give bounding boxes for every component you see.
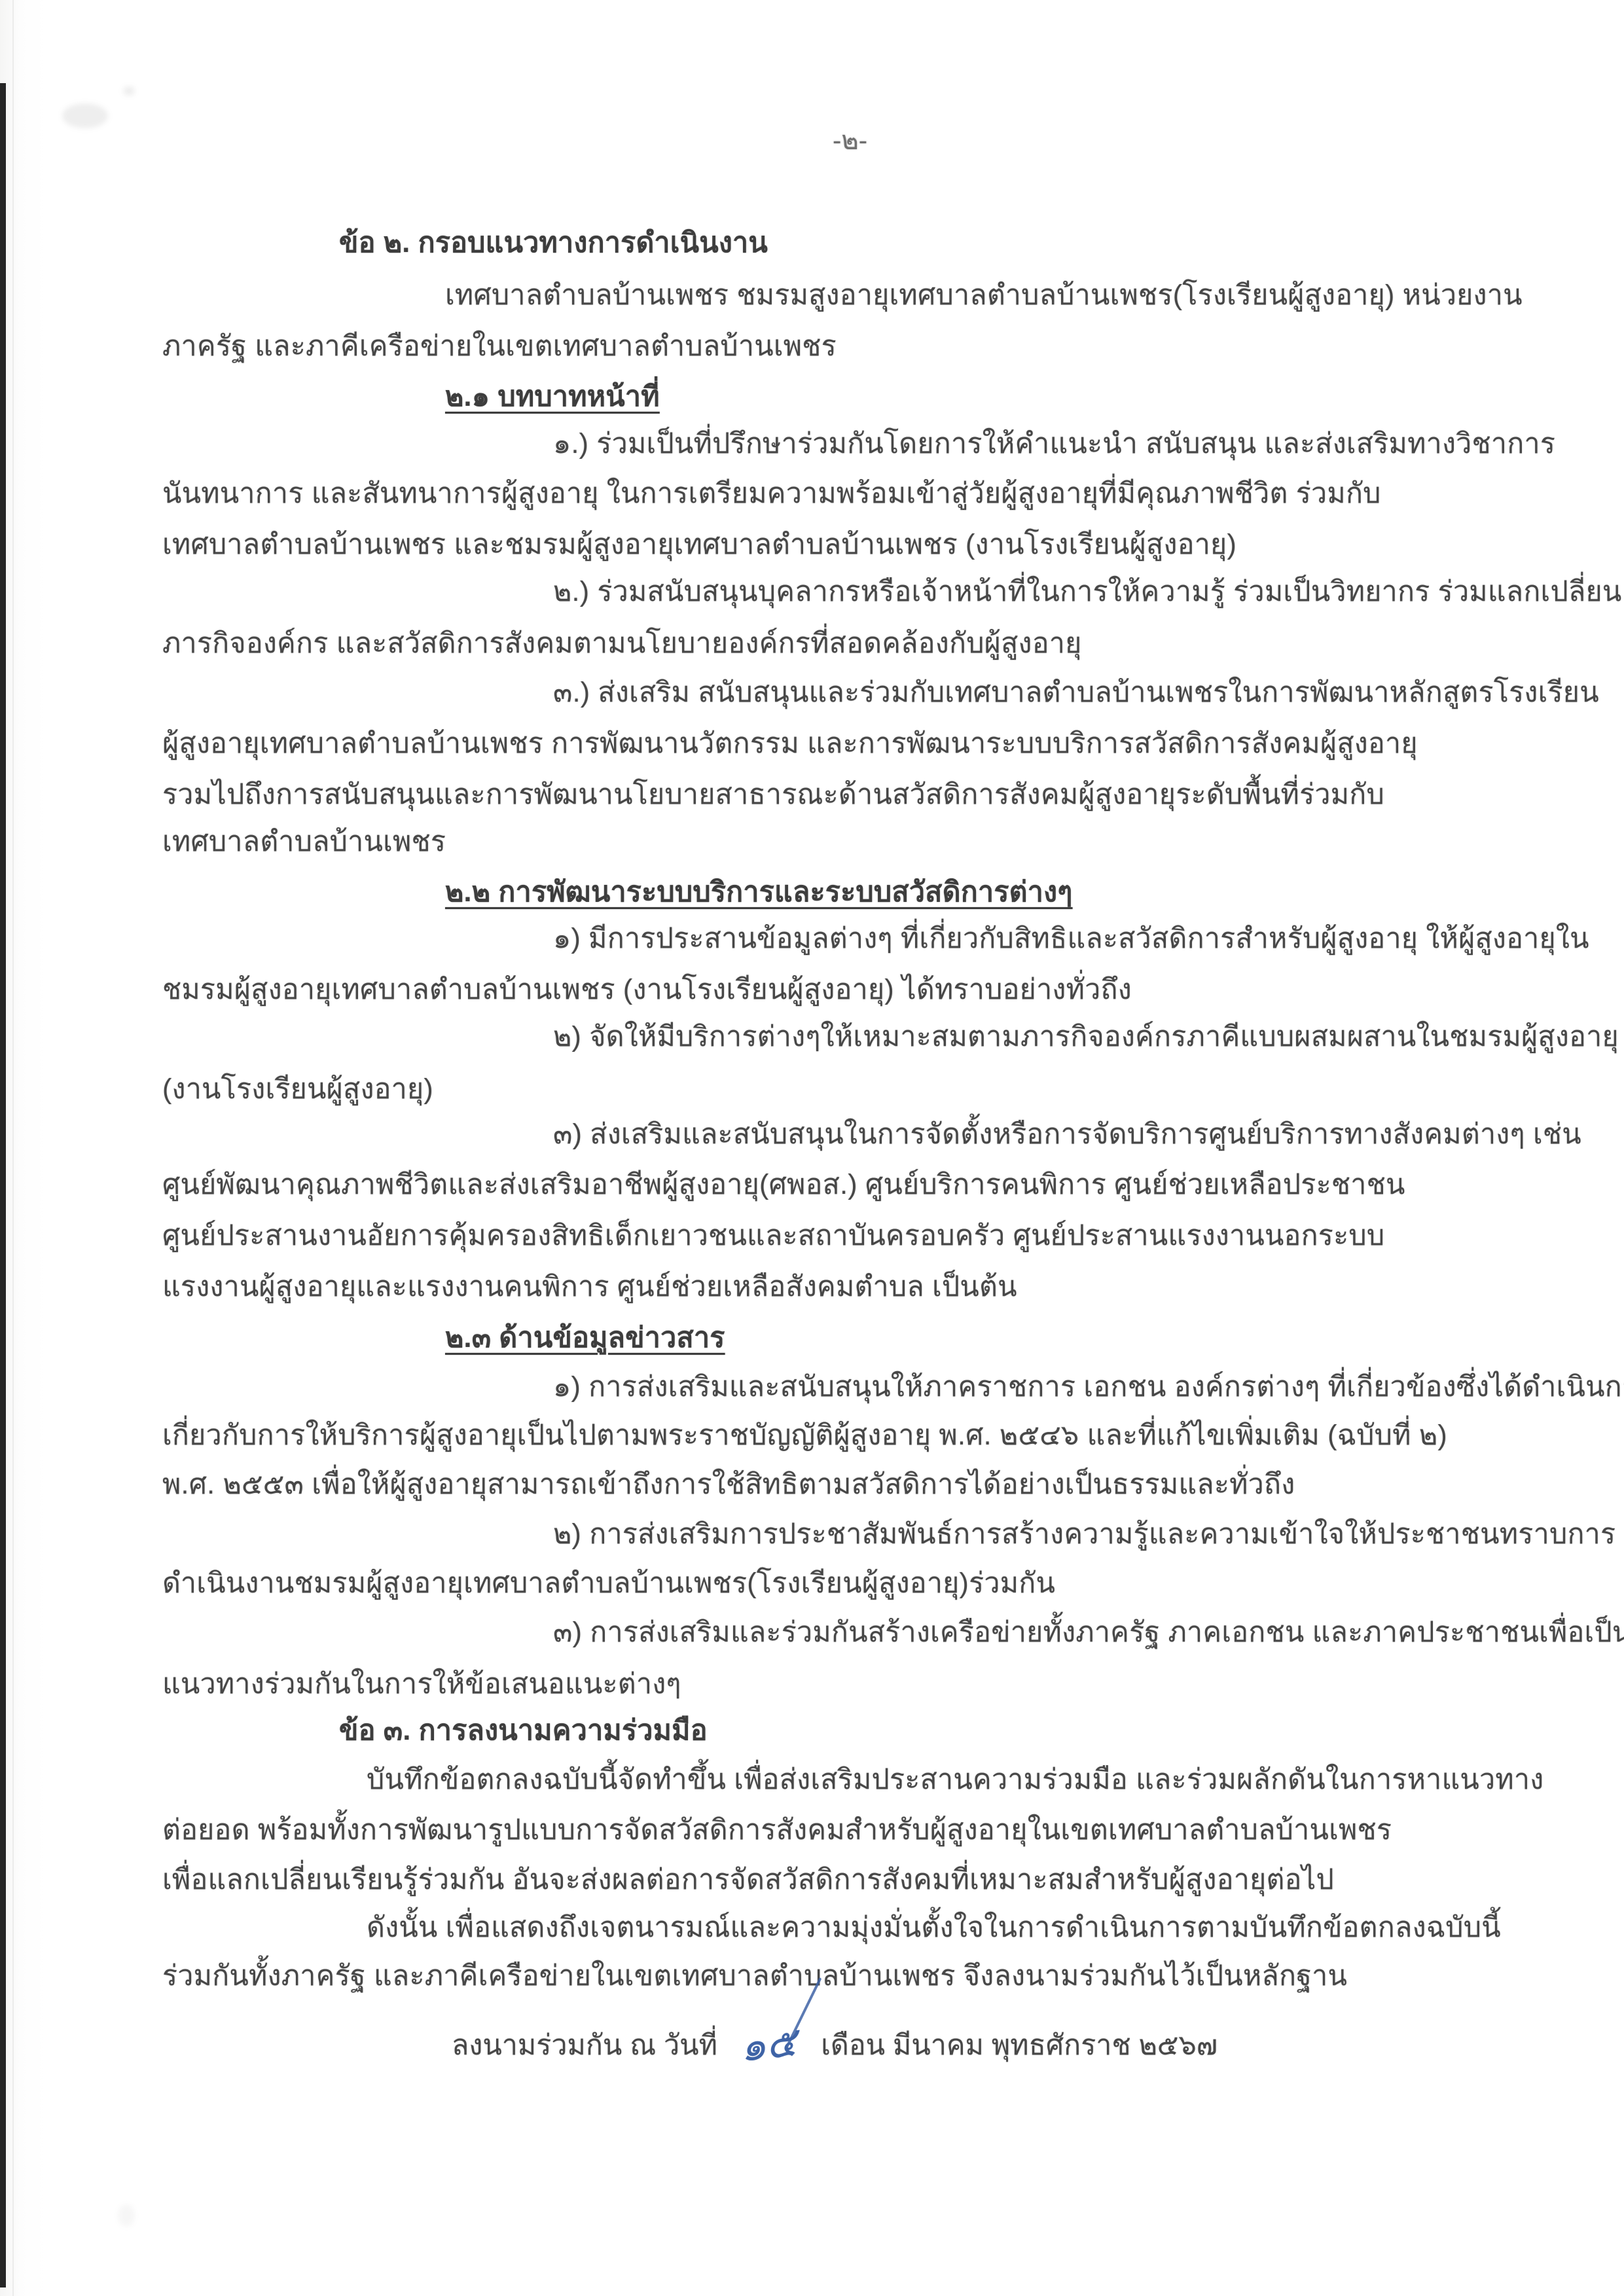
numbered-item: ๒) จัดให้มีบริการต่างๆให้เหมาะสมตามภารกิ… <box>553 1020 1619 1055</box>
scan-edge-bar <box>0 83 6 2287</box>
numbered-item: ๑) การส่งเสริมและสนับสนุนให้ภาคราชการ เอ… <box>553 1370 1624 1405</box>
subsection-2-3-heading: ๒.๓ ด้านข้อมูลข่าวสาร <box>445 1321 725 1356</box>
numbered-item: ๓.) ส่งเสริม สนับสนุนและร่วมกับเทศบาลตำบ… <box>553 675 1599 711</box>
body-line: รวมไปถึงการสนับสนุนและการพัฒนานโยบายสาธา… <box>162 778 1384 813</box>
numbered-item: ๑) มีการประสานข้อมูลต่างๆ ที่เกี่ยวกับสิ… <box>553 922 1589 957</box>
body-line: ดังนั้น เพื่อแสดงถึงเจตนารมณ์และความมุ่ง… <box>367 1910 1501 1946</box>
handwritten-day-value: ๑๕ <box>738 2020 799 2071</box>
subsection-2-2-heading: ๒.๒ การพัฒนาระบบบริการและระบบสวัสดิการต่… <box>445 875 1073 910</box>
numbered-item: ๑.) ร่วมเป็นที่ปรึกษาร่วมกันโดยการให้คำแ… <box>553 427 1555 462</box>
body-line: ศูนย์ประสานงานอัยการคุ้มครองสิทธิเด็กเยา… <box>162 1219 1384 1254</box>
body-line: ชมรมผู้สูงอายุเทศบาลตำบลบ้านเพชร (งานโรง… <box>162 973 1132 1008</box>
numbered-item: ๒) การส่งเสริมการประชาสัมพันธ์การสร้างคว… <box>553 1517 1615 1552</box>
numbered-item: ๓) ส่งเสริมและสนับสนุนในการจัดตั้งหรือกา… <box>553 1117 1581 1153</box>
body-line: นันทนาการ และสันทนาการผู้สูงอายุ ในการเต… <box>162 476 1381 512</box>
body-line: ต่อยอด พร้อมทั้งการพัฒนารูปแบบการจัดสวัส… <box>162 1813 1392 1848</box>
numbered-item: ๓) การส่งเสริมและร่วมกันสร้างเครือข่ายทั… <box>553 1615 1624 1651</box>
body-line: ดำเนินงานชมรมผู้สูงอายุเทศบาลตำบลบ้านเพช… <box>162 1566 1055 1602</box>
body-line: ภาครัฐ และภาคีเครือข่ายในเขตเทศบาลตำบลบ้… <box>162 329 837 365</box>
signing-prefix: ลงนามร่วมกัน ณ วันที่ <box>452 2030 717 2061</box>
signing-suffix: เดือน มีนาคม พุทธศักราช ๒๕๖๗ <box>821 2030 1218 2061</box>
body-line: เทศบาลตำบลบ้านเพชร <box>162 825 446 860</box>
scan-smudge <box>118 2204 135 2227</box>
signing-line: ลงนามร่วมกัน ณ วันที่๑๕เดือน มีนาคม พุทธ… <box>452 2022 1218 2067</box>
body-line: เพื่อแลกเปลี่ยนเรียนรู้ร่วมกัน อันจะส่งผ… <box>162 1863 1334 1898</box>
body-line: พ.ศ. ๒๕๕๓ เพื่อให้ผู้สูงอายุสามารถเข้าถึ… <box>162 1467 1295 1503</box>
page-number: -๒- <box>833 119 867 161</box>
body-line: ภารกิจองค์กร และสวัสดิการสังคมตามนโยบายอ… <box>162 626 1082 662</box>
body-line: แนวทางร่วมกันในการให้ข้อเสนอแนะต่างๆ <box>162 1667 681 1702</box>
numbered-item: ๒.) ร่วมสนับสนุนบุคลากรหรือเจ้าหน้าที่ใน… <box>553 575 1621 610</box>
scan-smudge <box>123 86 135 96</box>
body-line: เทศบาลตำบลบ้านเพชร และชมรมผู้สูงอายุเทศบ… <box>162 528 1236 563</box>
paper-edge-shadow <box>12 0 14 2296</box>
body-line: เทศบาลตำบลบ้านเพชร ชมรมสูงอายุเทศบาลตำบล… <box>445 278 1523 314</box>
body-line: ร่วมกันทั้งภาครัฐ และภาคีเครือข่ายในเขตเ… <box>162 1959 1347 1994</box>
body-line: บันทึกข้อตกลงฉบับนี้จัดทำขึ้น เพื่อส่งเส… <box>367 1763 1543 1798</box>
scan-smudge <box>62 103 108 128</box>
subsection-2-1-heading: ๒.๑ บทบาทหน้าที่ <box>445 380 660 415</box>
section-2-heading: ข้อ ๒. กรอบแนวทางการดำเนินงาน <box>339 226 768 261</box>
section-3-heading: ข้อ ๓. การลงนามความร่วมมือ <box>339 1713 708 1749</box>
body-line: ศูนย์พัฒนาคุณภาพชีวิตและส่งเสริมอาชีพผู้… <box>162 1168 1405 1203</box>
handwritten-day: ๑๕ <box>738 2026 798 2064</box>
body-line: เกี่ยวกับการให้บริการผู้สูงอายุเป็นไปตาม… <box>162 1418 1447 1454</box>
body-line: แรงงานผู้สูงอายุและแรงงานคนพิการ ศูนย์ช่… <box>162 1270 1017 1305</box>
body-line: ผู้สูงอายุเทศบาลตำบลบ้านเพชร การพัฒนานวั… <box>162 726 1418 762</box>
body-line: (งานโรงเรียนผู้สูงอายุ) <box>162 1072 433 1107</box>
scanned-document-page: -๒- ข้อ ๒. กรอบแนวทางการดำเนินงาน เทศบาล… <box>0 0 1624 2296</box>
